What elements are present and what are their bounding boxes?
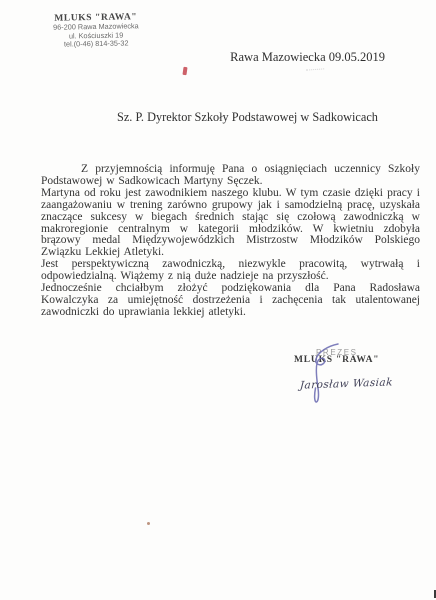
signature-block: PREZES MLUKS "RAWA" Jarosław Wasiak xyxy=(280,344,410,414)
date-line: Rawa Mazowiecka 09.05.2019 xyxy=(230,50,385,65)
handwritten-signature-icon xyxy=(302,340,346,406)
scanned-letter-page: MLUKS "RAWA" 96-200 Rawa Mazowiecka ul. … xyxy=(0,0,436,600)
addressee-line: Sz. P. Dyrektor Szkoły Podstawowej w Sad… xyxy=(117,110,378,125)
letterhead-address-line: tel.(0-46) 814-35-32 xyxy=(36,39,156,50)
red-speck-artifact xyxy=(182,67,187,75)
letterhead-stamp: MLUKS "RAWA" 96-200 Rawa Mazowiecka ul. … xyxy=(36,12,157,50)
brown-speck-artifact xyxy=(147,522,150,525)
letter-body: Z przyjemnością informuję Pana o osiągni… xyxy=(41,164,420,319)
body-paragraph: Jest perspektywiczną zawodniczką, niezwy… xyxy=(41,259,420,283)
body-paragraph: Jednocześnie chciałbym złożyć podziękowa… xyxy=(41,283,420,319)
signature-name: Jarosław Wasiak xyxy=(299,376,393,391)
body-paragraph: Z przyjemnością informuję Pana o osiągni… xyxy=(41,164,420,188)
body-paragraph: Martyna od roku jest zawodnikiem naszego… xyxy=(41,188,420,259)
scan-smudge-artifact xyxy=(306,63,324,70)
